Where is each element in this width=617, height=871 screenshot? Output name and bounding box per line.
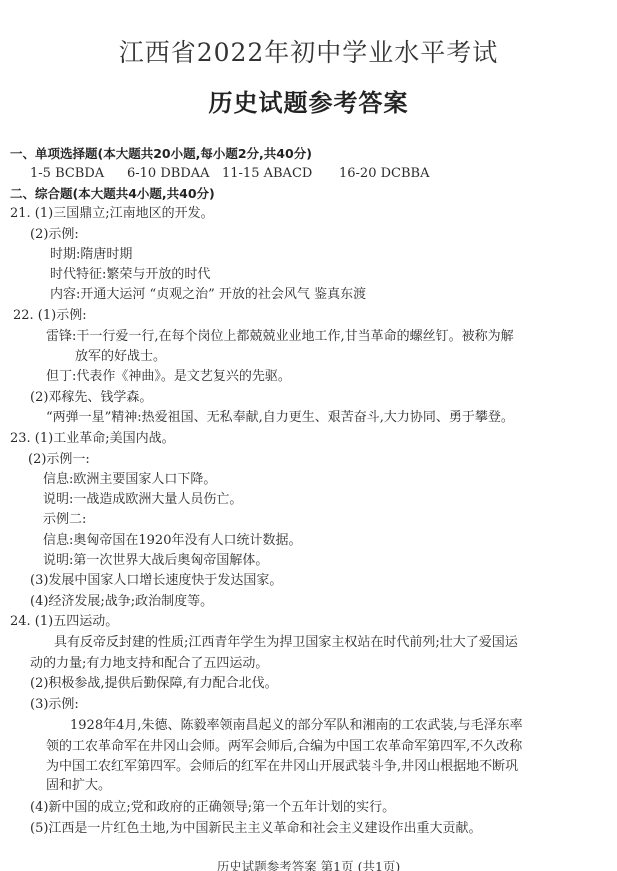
q22-part2: (2)邓稼先、钱学森。 [30,390,152,406]
q21-feature: 时代特征:繁荣与开放的时代 [50,267,210,283]
q21-part1: 21. (1)三国鼎立;江南地区的开发。 [10,206,214,222]
q21-content: 内容:开通大运河 “贞观之治” 开放的社会风气 鉴真东渡 [50,287,366,303]
q24-significance-cont: 动的力量;有力地支持和配合了五四运动。 [30,656,268,672]
answer-key-title: 历史试题参考答案 [0,83,617,118]
q24-part3: (3)示例: [30,697,79,713]
mcq-answer-6-10: 6-10 DBDAA [127,166,210,182]
q22-leifeng-cont: 放军的好战士。 [75,349,166,365]
page-footer: 历史试题参考答案 第1页 (共1页) [0,857,617,871]
q24-part5: (5)江西是一片红色土地,为中国新民主主义革命和社会主义建设作出重大贡献。 [30,821,482,837]
mcq-answer-16-20: 16-20 DCBBA [339,166,429,182]
q22-part1: 22. (1)示例: [13,308,87,324]
q24-part4: (4)新中国的成立;党和政府的正确领导;第一个五年计划的实行。 [30,800,395,816]
section1-heading: 一、单项选择题(本大题共20小题,每小题2分,共40分) [10,146,312,162]
q24-example-line4: 固和扩大。 [46,778,111,794]
q23-explain1: 说明:一战造成欧洲大量人员伤亡。 [43,492,242,508]
q24-part2: (2)积极参战,提供后勤保障,有力配合北伐。 [30,676,278,692]
exam-title: 江西省2022年初中学业水平考试 [0,33,617,69]
q23-example2: 示例二: [43,512,86,528]
q22-leifeng: 雷锋:干一行爱一行,在每个岗位上都兢兢业业地工作,甘当革命的螺丝钉。被称为解 [46,329,514,345]
q24-example-line3: 为中国工农红军第四军。会师后的红军在井冈山开展武装斗争,井冈山根据地不断巩 [46,759,518,775]
q24-example-line2: 领的工农革命军在井冈山会师。两军会师后,合编为中国工农革命军第四军,不久改称 [46,739,522,755]
q22-dante: 但丁:代表作《神曲》。是文艺复兴的先驱。 [46,369,291,385]
q21-period: 时期:隋唐时期 [50,247,132,263]
q21-part2: (2)示例: [30,227,79,243]
q23-explain2: 说明:第一次世界大战后奥匈帝国解体。 [43,553,268,569]
section2-heading: 二、综合题(本大题共4小题,共40分) [10,186,215,202]
q23-info2: 信息:奥匈帝国在1920年没有人口统计数据。 [43,533,301,549]
mcq-answer-1-5: 1-5 BCBDA [30,166,104,182]
q24-example-line1: 1928年4月,朱德、陈毅率领南昌起义的部分军队和湘南的工农武装,与毛泽东率 [70,718,523,734]
mcq-answer-11-15: 11-15 ABACD [222,166,312,182]
q23-part4: (4)经济发展;战争;政治制度等。 [30,594,213,610]
q23-part3: (3)发展中国家人口增长速度快于发达国家。 [30,573,282,589]
q23-part1: 23. (1)工业革命;美国内战。 [10,431,175,447]
q23-info1: 信息:欧洲主要国家人口下降。 [43,472,216,488]
q23-part2: (2)示例一: [28,452,90,468]
q24-part1: 24. (1)五四运动。 [10,614,118,630]
q22-spirit: “两弹一星”精神:热爱祖国、无私奉献,自力更生、艰苦奋斗,大力协同、勇于攀登。 [46,410,514,426]
q24-significance: 具有反帝反封建的性质;江西青年学生为捍卫国家主权站在时代前列;壮大了爱国运 [54,635,518,651]
